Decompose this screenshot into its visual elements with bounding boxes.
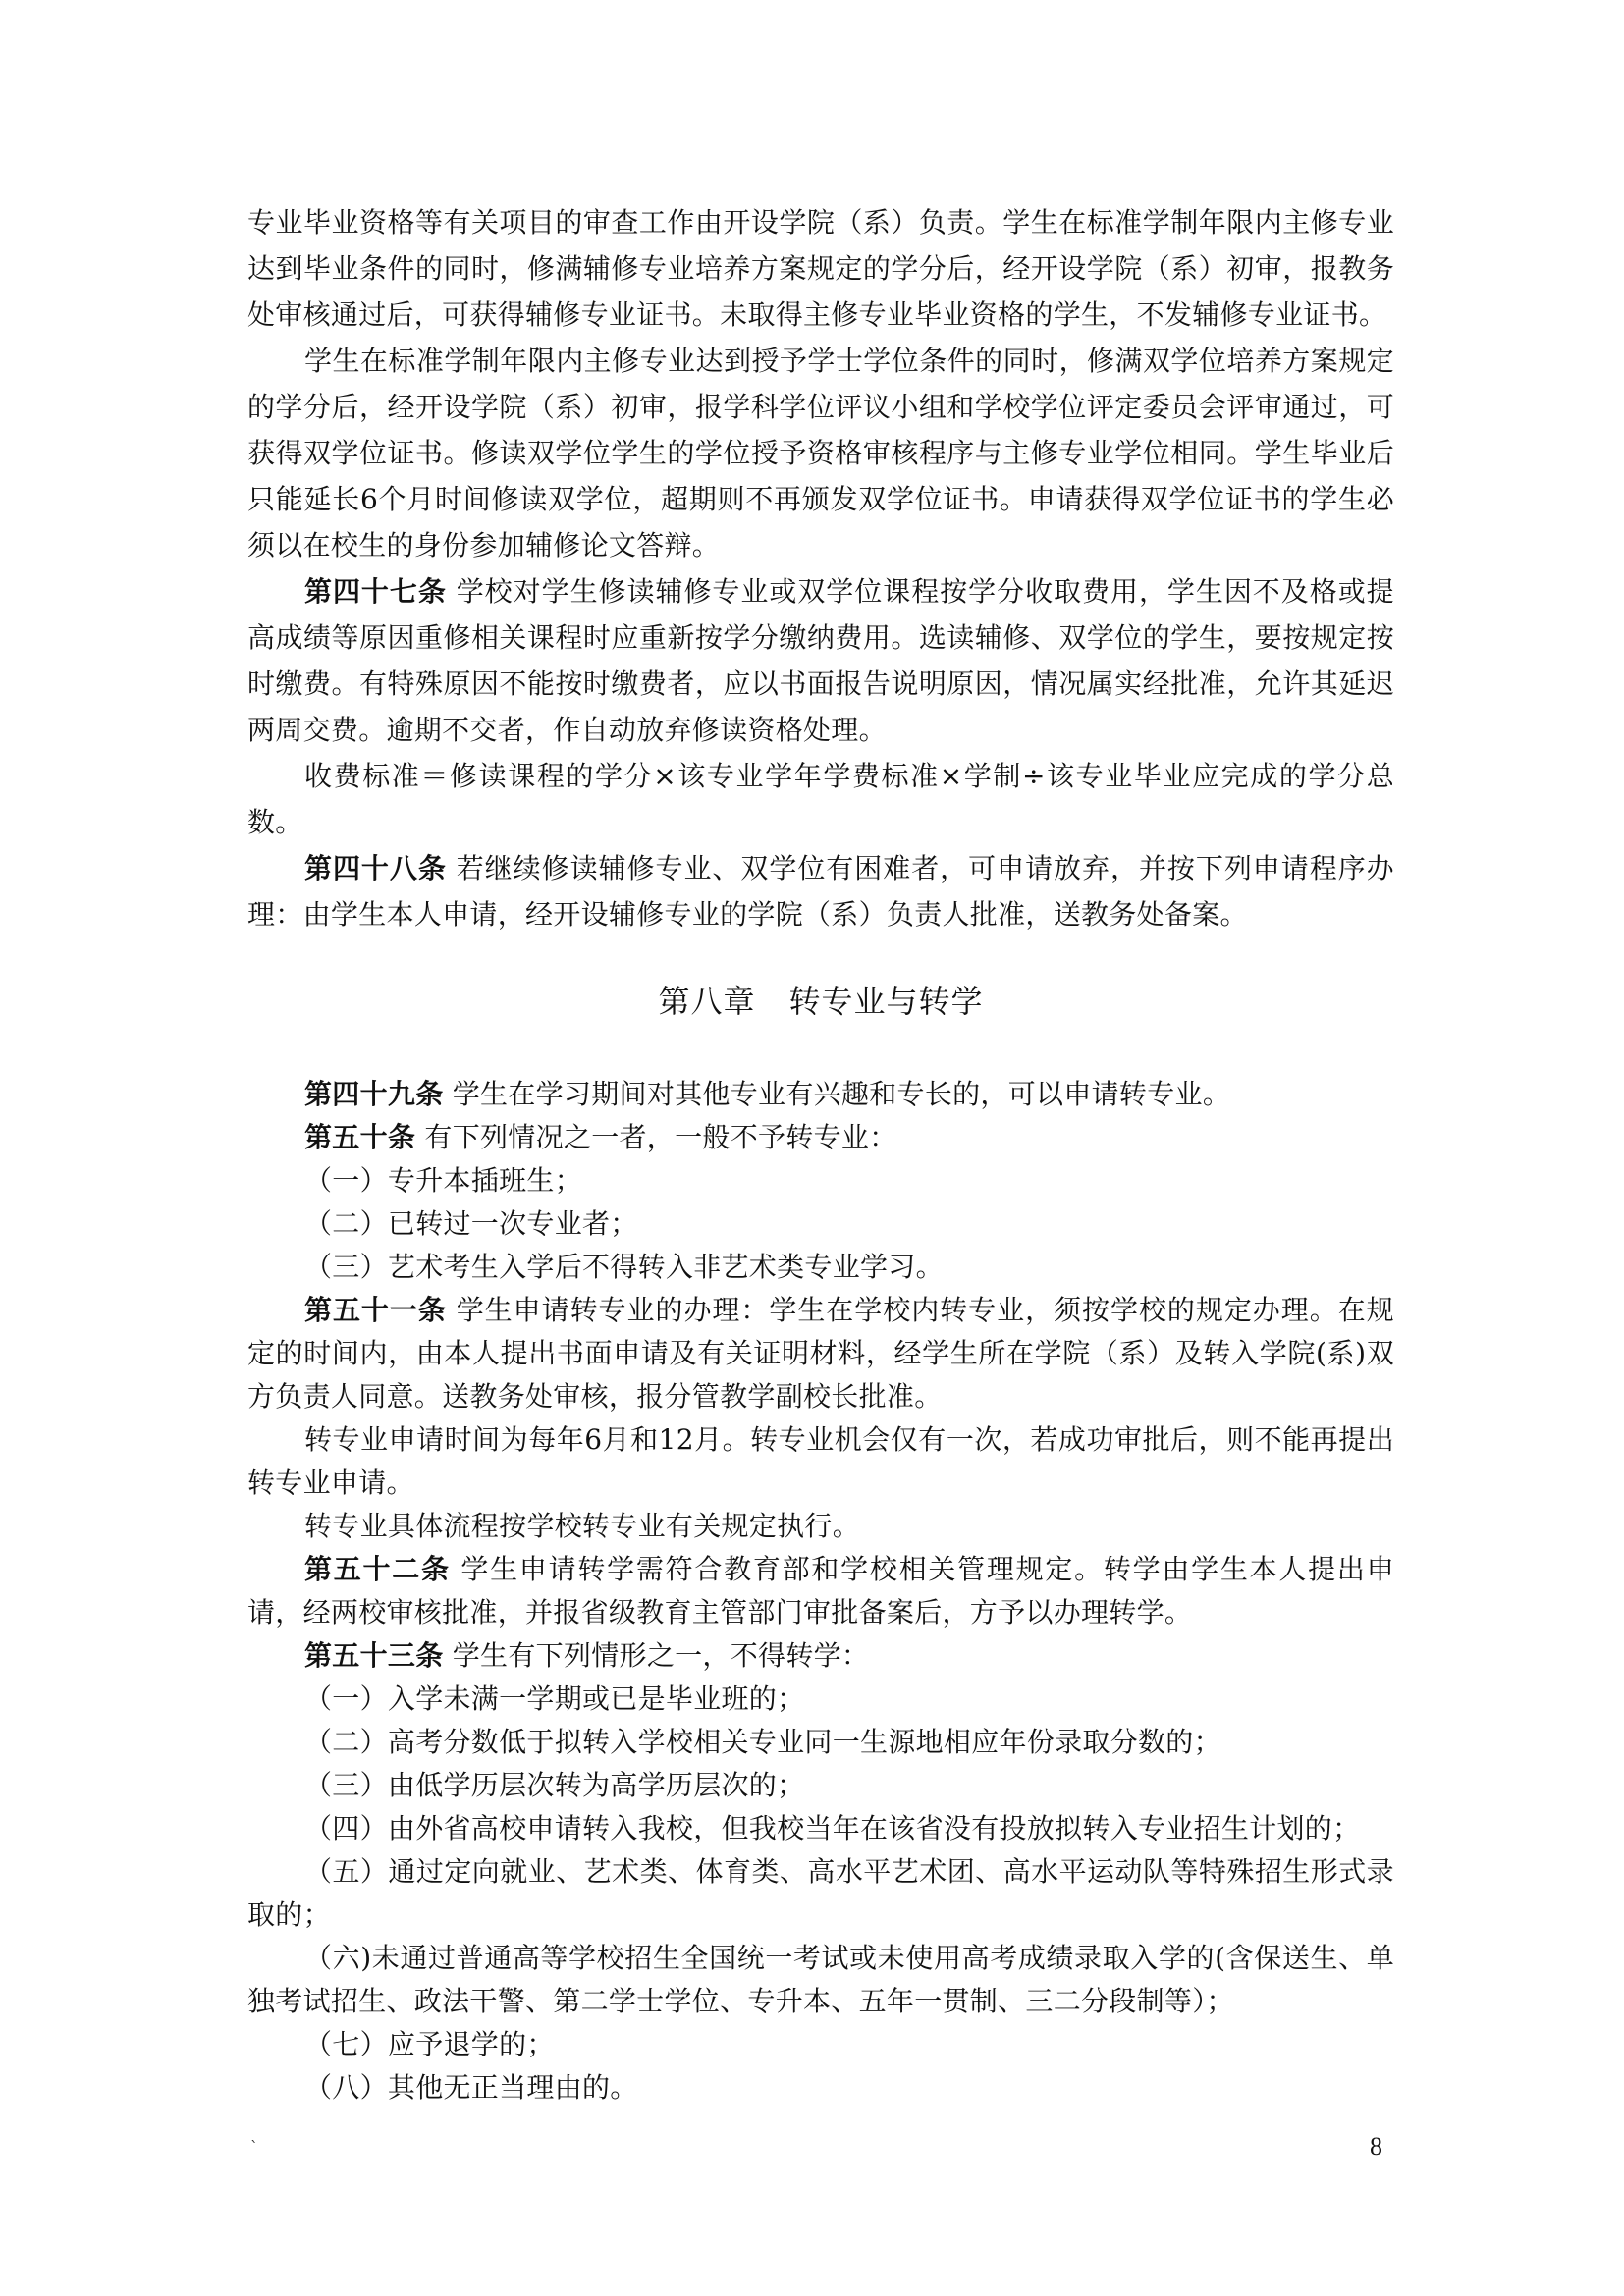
article-53: 第五十三条 学生有下列情形之一，不得转学： [247, 1634, 1394, 1678]
article-48: 第四十八条 若继续修读辅修专业、双学位有困难者，可申请放弃，并按下列申请程序办理… [247, 845, 1394, 937]
section-minor-degree: 专业毕业资格等有关项目的审查工作由开设学院（系）负责。学生在标准学制年限内主修专… [247, 199, 1394, 937]
article-52: 第五十二条 学生申请转学需符合教育部和学校相关管理规定。转学由学生本人提出申请，… [247, 1548, 1394, 1634]
section-transfer: 第四十九条 学生在学习期间对其他专业有兴趣和专长的，可以申请转专业。 第五十条 … [247, 1073, 1394, 2109]
paragraph: 收费标准＝修读课程的学分×该专业学年学费标准×学制÷该专业毕业应完成的学分总数。 [247, 753, 1394, 845]
list-item: （五）通过定向就业、艺术类、体育类、高水平艺术团、高水平运动队等特殊招生形式录取… [247, 1850, 1394, 1937]
article-label: 第四十七条 [304, 575, 447, 608]
document-page: 专业毕业资格等有关项目的审查工作由开设学院（系）负责。学生在标准学制年限内主修专… [247, 199, 1394, 2109]
list-item: （六)未通过普通高等学校招生全国统一考试或未使用高考成绩录取入学的(含保送生、单… [247, 1937, 1394, 2023]
list-item-text: （八）其他无正当理由的。 [304, 2071, 638, 2104]
list-item: （一）专升本插班生； [247, 1159, 1394, 1202]
paragraph: 转专业具体流程按学校转专业有关规定执行。 [247, 1505, 1394, 1548]
list-item: （二）高考分数低于拟转入学校相关专业同一生源地相应年份录取分数的； [247, 1721, 1394, 1764]
list-item: （三）由低学历层次转为高学历层次的； [247, 1764, 1394, 1807]
paragraph-text: 学生有下列情形之一，不得转学： [444, 1639, 870, 1672]
article-50: 第五十条 有下列情况之一者，一般不予转专业： [247, 1116, 1394, 1159]
paragraph-text: 转专业具体流程按学校转专业有关规定执行。 [304, 1510, 860, 1542]
paragraph-text: 有下列情况之一者，一般不予转专业： [415, 1121, 896, 1153]
paragraph-text: 学生在标准学制年限内主修专业达到授予学士学位条件的同时，修满双学位培养方案规定的… [247, 345, 1394, 561]
list-item-text: （三）艺术考生入学后不得转入非艺术类专业学习。 [304, 1251, 944, 1283]
paragraph-text: 专业毕业资格等有关项目的审查工作由开设学院（系）负责。学生在标准学制年限内主修专… [247, 206, 1394, 331]
list-item-text: （七）应予退学的； [304, 2028, 555, 2060]
paragraph-text: 转专业申请时间为每年6月和12月。转专业机会仅有一次，若成功审批后，则不能再提出… [247, 1423, 1394, 1499]
paragraph-text: 收费标准＝修读课程的学分×该专业学年学费标准×学制÷该专业毕业应完成的学分总数。 [247, 760, 1394, 838]
list-item: （八）其他无正当理由的。 [247, 2066, 1394, 2109]
chapter-heading: 第八章转专业与转学 [247, 977, 1394, 1022]
list-item: （三）艺术考生入学后不得转入非艺术类专业学习。 [247, 1246, 1394, 1289]
paragraph: 转专业申请时间为每年6月和12月。转专业机会仅有一次，若成功审批后，则不能再提出… [247, 1418, 1394, 1505]
article-label: 第五十二条 [304, 1553, 451, 1585]
list-item-text: （五）通过定向就业、艺术类、体育类、高水平艺术团、高水平运动队等特殊招生形式录取… [247, 1855, 1394, 1931]
list-item: （一）入学未满一学期或已是毕业班的； [247, 1678, 1394, 1721]
list-item-text: （三）由低学历层次转为高学历层次的； [304, 1769, 804, 1801]
article-label: 第五十条 [304, 1121, 415, 1153]
list-item-text: （一）专升本插班生； [304, 1164, 582, 1197]
paragraph: 学生在标准学制年限内主修专业达到授予学士学位条件的同时，修满双学位培养方案规定的… [247, 338, 1394, 568]
article-label: 第五十一条 [304, 1294, 447, 1326]
list-item-text: （二）高考分数低于拟转入学校相关专业同一生源地相应年份录取分数的； [304, 1726, 1221, 1758]
article-label: 第五十三条 [304, 1639, 444, 1672]
list-item: （二）已转过一次专业者； [247, 1202, 1394, 1246]
chapter-title: 转专业与转学 [789, 983, 984, 1020]
article-51: 第五十一条 学生申请转专业的办理：学生在学校内转专业，须按学校的规定办理。在规定… [247, 1289, 1394, 1418]
paragraph: 专业毕业资格等有关项目的审查工作由开设学院（系）负责。学生在标准学制年限内主修专… [247, 199, 1394, 338]
article-47: 第四十七条 学校对学生修读辅修专业或双学位课程按学分收取费用，学生因不及格或提高… [247, 568, 1394, 753]
article-49: 第四十九条 学生在学习期间对其他专业有兴趣和专长的，可以申请转专业。 [247, 1073, 1394, 1116]
article-label: 第四十八条 [304, 852, 447, 884]
list-item-text: （四）由外省高校申请转入我校，但我校当年在该省没有投放拟转入专业招生计划的； [304, 1812, 1360, 1844]
list-item-text: （六)未通过普通高等学校招生全国统一考试或未使用高考成绩录取入学的(含保送生、单… [247, 1942, 1394, 2017]
article-label: 第四十九条 [304, 1078, 444, 1110]
footer-mark: ` [250, 2138, 258, 2157]
page-number: 8 [1370, 2132, 1382, 2162]
list-item-text: （一）入学未满一学期或已是毕业班的； [304, 1682, 804, 1715]
list-item: （四）由外省高校申请转入我校，但我校当年在该省没有投放拟转入专业招生计划的； [247, 1807, 1394, 1850]
chapter-number: 第八章 [658, 983, 755, 1020]
paragraph-text: 学生在学习期间对其他专业有兴趣和专长的，可以申请转专业。 [444, 1078, 1231, 1110]
list-item: （七）应予退学的； [247, 2023, 1394, 2066]
list-item-text: （二）已转过一次专业者； [304, 1207, 638, 1240]
